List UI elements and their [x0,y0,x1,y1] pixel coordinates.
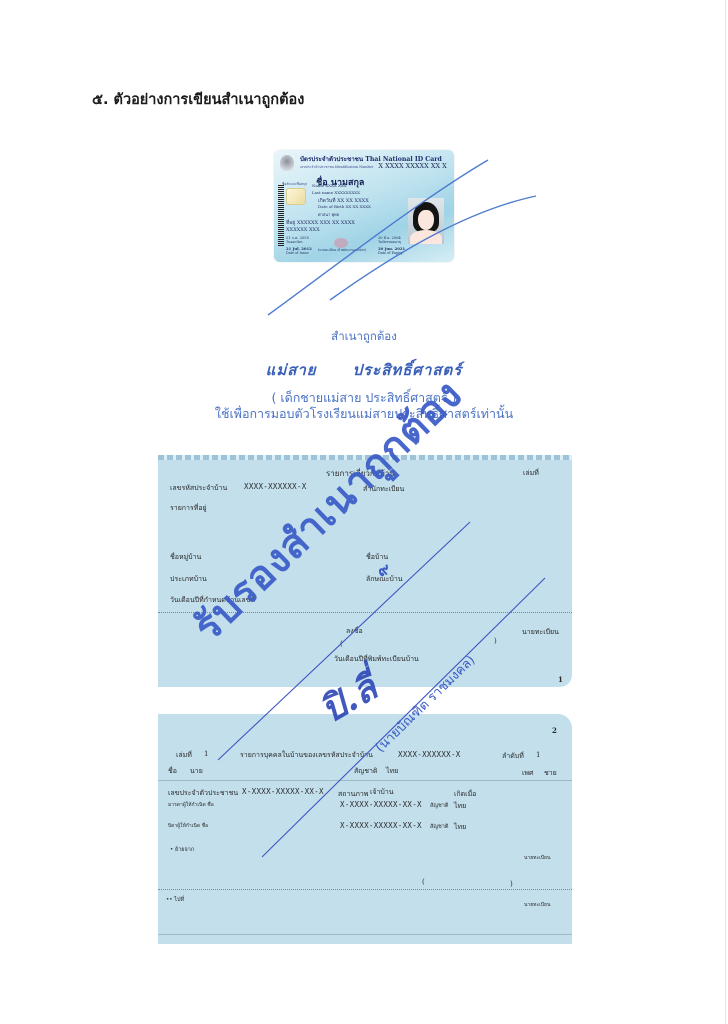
certification-strike-lines [0,0,728,1024]
